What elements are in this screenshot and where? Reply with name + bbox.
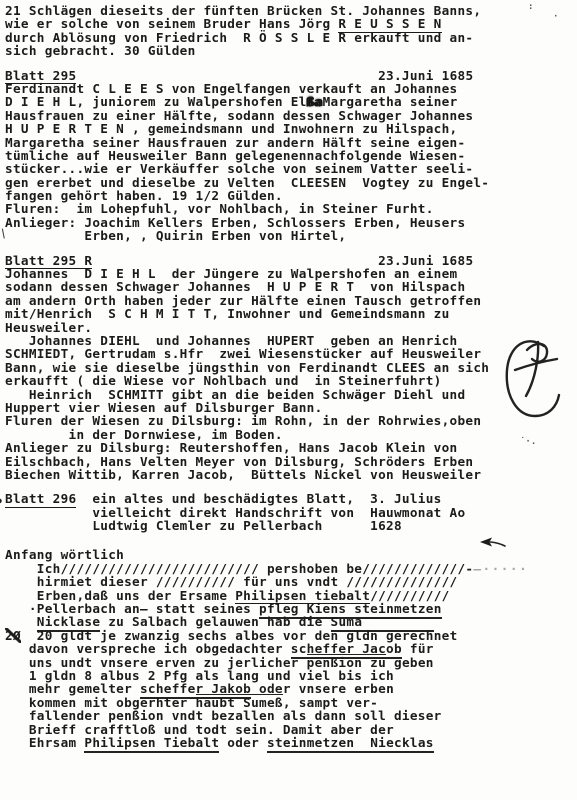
text-line: Margaretha seiner Hausfrauen zur andern … <box>5 136 577 149</box>
text-line: Ferdinandt C L E E S von Engelfangen ver… <box>5 82 577 95</box>
ink-speck: : <box>528 3 533 12</box>
text-line: Blatt 296 ein altes und beschädigtes Bla… <box>5 492 577 505</box>
text-line: mehr gemelter scheffer Jakob oder vnsere… <box>5 682 577 695</box>
text-line: hirmiet dieser ////////// für uns vndt /… <box>5 575 577 588</box>
text-line: Nicklase zu Salbach gelauwen hab die Sum… <box>5 615 577 628</box>
text-line: Erben,daß uns der Ersame Philipsen tieba… <box>5 589 577 602</box>
text-line: Anlieger: Joachim Kellers Erben, Schloss… <box>5 216 577 229</box>
text-line: fangen gehört haben. 19 1/2 Gülden. <box>5 189 577 202</box>
text-line: Johannes DIEHL und Johannes HUPERT geben… <box>5 334 577 347</box>
text-line: sodann dessen Schwager Johannes H U P E … <box>5 280 577 293</box>
text-segment-hu: steinmetzen Niecklas <box>267 735 434 753</box>
text-line: durch Ablösung von Friedrich R Ö S S L E… <box>5 31 577 44</box>
text-line: gen ererbet und dieselbe zu Velten CLEES… <box>5 176 577 189</box>
text-line: Blatt 295 23.Juni 1685 <box>5 69 577 82</box>
text-line: davon verspreche ich obgedachter scheffe… <box>5 642 577 655</box>
text-line: SCHMIEDT, Gertrudam s.Hfr zwei Wiesenstü… <box>5 347 577 360</box>
section-blatt-296: Blatt 296 ein altes und beschädigtes Bla… <box>5 492 577 532</box>
left-edge-ink-blob: ● <box>0 497 2 505</box>
text-line: Anfang wörtlich <box>5 548 577 561</box>
text-line: sich gebracht. 30 Gülden <box>5 44 577 57</box>
text-line: stücker...wie er Verkäuffer solche von s… <box>5 162 577 175</box>
text-line: Bann, wie sie dieselbe jüngsthin von Fer… <box>5 361 577 374</box>
text-line: Huppert vier Wiesen auf Dilsburger Bann. <box>5 401 577 414</box>
text-line: kommen mit obgerhter haubt Sumeß, sampt … <box>5 696 577 709</box>
text-line: 2Ø 20 gldt je zwanzig sechs albes vor de… <box>5 629 577 642</box>
text-line: in der Dornwiese, im Boden. <box>5 428 577 441</box>
text-line: H U P E R T E N , gemeindsmann und Inwoh… <box>5 122 577 135</box>
text-line: Anlieger zu Dilsburg: Reutershoffen, Han… <box>5 441 577 454</box>
ink-speck: · <box>553 13 558 22</box>
text-line: Erben, , Quirin Erben von Hirtel, <box>5 229 577 242</box>
text-line: Ludtwig Clemler zu Pellerbach 1628 <box>5 519 577 532</box>
text-segment: oder <box>219 735 267 750</box>
text-line: 21 Schlägen dieseits der fünften Brücken… <box>5 4 577 17</box>
text-line: vielleicht direkt Handschrift von Hauwmo… <box>5 506 577 519</box>
text-line: wie er solche von seinem Bruder Hans Jör… <box>5 17 577 30</box>
ink-speck: ˙·. <box>520 438 536 447</box>
text-line: am andern Orth haben jeder zur Hälfte ei… <box>5 294 577 307</box>
text-line: Fluren der Wiesen zu Dilsburg: im Rohn, … <box>5 414 577 427</box>
section-intro-paragraph: 21 Schlägen dieseits der fünften Brücken… <box>5 4 577 58</box>
text-line: Blatt 295 R 23.Juni 1685 <box>5 254 577 267</box>
text-line: ·Pellerbach an— statt seines pfleg Kiens… <box>5 602 577 615</box>
text-line: 1 gldn 8 albus 2 Pfg als lang und viel b… <box>5 669 577 682</box>
text-line: Heusweiler. <box>5 321 577 334</box>
section-anfang-woertlich: Anfang wörtlich Ich/////////////////////… <box>5 548 577 749</box>
handwritten-arrow-mark <box>477 535 507 549</box>
section-blatt-295-r: Blatt 295 R 23.Juni 1685Johannes D I E H… <box>5 254 577 482</box>
text-line: uns undt vnsere erven zu jerlicher penßi… <box>5 656 577 669</box>
text-segment-hu: Philipsen Tiebalt <box>84 735 219 753</box>
section-blatt-295: Blatt 295 23.Juni 1685Ferdinandt C L E E… <box>5 69 577 243</box>
text-line: D I E H L, juniorem zu Walpershofen Elßa… <box>5 95 577 108</box>
text-segment: Erben, , Quirin Erben von Hirtel, <box>5 228 346 243</box>
text-line: Brieff crafftloß und todt sein. Damit ab… <box>5 723 577 736</box>
text-segment: sich gebracht. 30 Gülden <box>5 43 196 58</box>
text-line: Hausfrauen zu einer Hälfte, sodann desse… <box>5 109 577 122</box>
text-segment: Biechen Wittib, Karren Jacob, Büttels Ni… <box>5 467 481 482</box>
text-line: fallender penßion vndt bezallen als dann… <box>5 709 577 722</box>
text-segment: Ehrsam <box>5 735 84 750</box>
text-line: Johannes D I E H L der Jüngere zu Walper… <box>5 267 577 280</box>
text-segment-faint: —····· <box>473 561 528 576</box>
text-line: Biechen Wittib, Karren Jacob, Büttels Ni… <box>5 468 577 481</box>
scanned-document-page: 21 Schlägen dieseits der fünften Brücken… <box>0 0 577 800</box>
text-line: Fluren: im Lohepfuhl, vor Nohlbach, in S… <box>5 202 577 215</box>
text-segment: Ludtwig Clemler zu Pellerbach 1628 <box>5 518 402 533</box>
handwritten-circle-mark <box>502 334 566 428</box>
text-line: Ehrsam Philipsen Tiebalt oder steinmetze… <box>5 736 577 749</box>
document-text-body: 21 Schlägen dieseits der fünften Brücken… <box>5 4 577 749</box>
text-line: tümliche auf Heusweiler Bann gelegenenna… <box>5 149 577 162</box>
text-line: Heinrich SCHMITT gibt an die beiden Schw… <box>5 388 577 401</box>
text-line: Eilschbach, Hans Velten Meyer von Dilsbu… <box>5 455 577 468</box>
text-line: mit/Henrich S C H M I T T, Inwohner und … <box>5 307 577 320</box>
text-line: erkaufft ( die Wiese vor Nohlbach und in… <box>5 374 577 387</box>
text-line: Ich///////////////////////// pershoben b… <box>5 562 577 575</box>
